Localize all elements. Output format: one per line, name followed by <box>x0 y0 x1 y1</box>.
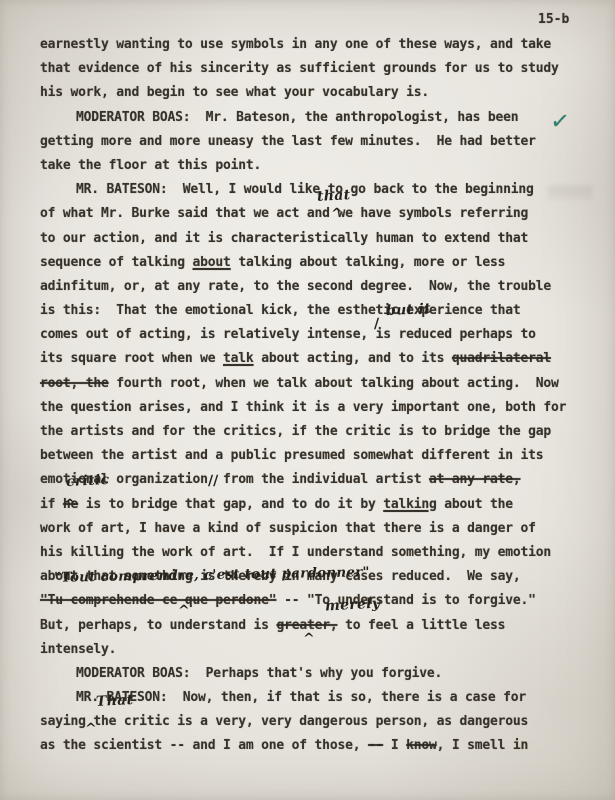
typed-text: about acting, and to its <box>254 351 452 366</box>
page-number: 15-b <box>538 12 569 27</box>
typed-line: MODERATOR BOAS: Mr. Bateson, the anthrop… <box>40 106 566 130</box>
struck-text: know <box>406 738 437 753</box>
typed-text: about that something is thereby in many … <box>40 569 520 584</box>
typed-text: that evidence of his sincerity as suffic… <box>40 61 559 76</box>
typed-text: I <box>383 738 406 753</box>
typed-line: emotional organization from the individu… <box>40 468 566 492</box>
typed-line: if he is to bridge that gap, and to do i… <box>40 493 566 517</box>
struck-text: "Tu comprehende ce que perdone" <box>40 593 276 608</box>
typed-text: work of art, I have a kind of suspicion … <box>40 521 536 536</box>
typed-text: if <box>40 497 63 512</box>
typed-text: MR. BATESON: Well, I would like to go ba… <box>76 182 534 197</box>
underlined-text: talking <box>383 497 436 512</box>
struck-text: he <box>63 497 78 512</box>
typed-text: MR. BATESON: Now, then, if that is so, t… <box>76 690 526 705</box>
document-page: 15-b earnestly wanting to use symbols in… <box>0 0 615 800</box>
typed-line: its square root when we talk about actin… <box>40 347 566 371</box>
struck-text: -- <box>368 738 383 753</box>
typed-line: work of art, I have a kind of suspicion … <box>40 517 566 541</box>
typed-text: intensely. <box>40 642 116 657</box>
struck-text: at any rate, <box>429 472 521 487</box>
typed-line: the artists and for the critics, if the … <box>40 420 566 444</box>
typed-text: fourth root, when we talk about talking … <box>109 376 559 391</box>
typed-text: the artists and for the critics, if the … <box>40 424 551 439</box>
typed-line: sequence of talking about talking about … <box>40 251 566 275</box>
typed-text: , I smell in <box>437 738 529 753</box>
typed-line: as the scientist -- and I am one of thos… <box>40 734 566 758</box>
typed-text: saying the critic is a very, very danger… <box>40 714 528 729</box>
typed-text: talking about talking, more or less <box>231 255 506 270</box>
typed-text: MODERATOR BOAS: Perhaps that's why you f… <box>76 666 442 681</box>
typed-text: sequence of talking <box>40 255 193 270</box>
typed-line: his work, and begin to see what your voc… <box>40 81 566 105</box>
typed-line: MR. BATESON: Well, I would like to go ba… <box>40 178 566 202</box>
typed-text: is to bridge that gap, and to do it by <box>78 497 383 512</box>
typed-text-block: earnestly wanting to use symbols in any … <box>40 33 566 759</box>
underlined-text: about <box>193 255 231 270</box>
typed-text: take the floor at this point. <box>40 158 261 173</box>
typed-line: root, the fourth root, when we talk abou… <box>40 372 566 396</box>
typed-line: getting more and more uneasy the last fe… <box>40 130 566 154</box>
typed-text: comes out of acting, is relatively inten… <box>40 327 536 342</box>
typed-text: is this: That the emotional kick, the es… <box>40 303 520 318</box>
typed-line: But, perhaps, to understand is greater, … <box>40 614 566 638</box>
typed-text: earnestly wanting to use symbols in any … <box>40 37 551 52</box>
typed-line: take the floor at this point. <box>40 154 566 178</box>
typed-line: MODERATOR BOAS: Perhaps that's why you f… <box>40 662 566 686</box>
typed-text: of what Mr. Burke said that we act and w… <box>40 206 528 221</box>
typed-line: between the artist and a public presumed… <box>40 444 566 468</box>
typed-text: -- "To understand is to forgive." <box>276 593 535 608</box>
typed-text: as the scientist -- and I am one of thos… <box>40 738 368 753</box>
typed-line: to our action, and it is characteristica… <box>40 227 566 251</box>
typed-line: MR. BATESON: Now, then, if that is so, t… <box>40 686 566 710</box>
typed-line: comes out of acting, is relatively inten… <box>40 323 566 347</box>
typed-text: about the <box>437 497 513 512</box>
struck-text: greater, <box>276 618 337 633</box>
typed-line: that evidence of his sincerity as suffic… <box>40 57 566 81</box>
typed-text: MODERATOR BOAS: Mr. Bateson, the anthrop… <box>76 110 518 125</box>
typed-text: its square root when we <box>40 351 223 366</box>
struck-text: quadrilateral <box>452 351 551 366</box>
typed-text: his work, and begin to see what your voc… <box>40 85 429 100</box>
typed-text: to feel a little less <box>337 618 505 633</box>
typed-text: adinfitum, or, at any rate, to the secon… <box>40 279 551 294</box>
typed-line: "Tu comprehende ce que perdone" -- "To u… <box>40 589 566 613</box>
typed-text: emotional organization from the individu… <box>40 472 429 487</box>
typed-line: saying the critic is a very, very danger… <box>40 710 566 734</box>
underlined-text: talk <box>223 351 254 366</box>
struck-text: root, the <box>40 376 109 391</box>
typed-line: the question arises, and I think it is a… <box>40 396 566 420</box>
typed-text: getting more and more uneasy the last fe… <box>40 134 536 149</box>
typed-text: But, perhaps, to understand is <box>40 618 276 633</box>
typed-text: his killing the work of art. If I unders… <box>40 545 551 560</box>
typed-line: earnestly wanting to use symbols in any … <box>40 33 566 57</box>
typed-text: to our action, and it is characteristica… <box>40 231 528 246</box>
typed-text: the question arises, and I think it is a… <box>40 400 566 415</box>
typed-line: about that something is thereby in many … <box>40 565 566 589</box>
typed-text: between the artist and a public presumed… <box>40 448 543 463</box>
typed-line: his killing the work of art. If I unders… <box>40 541 566 565</box>
typed-line: adinfitum, or, at any rate, to the secon… <box>40 275 566 299</box>
typed-line: intensely. <box>40 638 566 662</box>
typed-line: is this: That the emotional kick, the es… <box>40 299 566 323</box>
typed-line: of what Mr. Burke said that we act and w… <box>40 202 566 226</box>
